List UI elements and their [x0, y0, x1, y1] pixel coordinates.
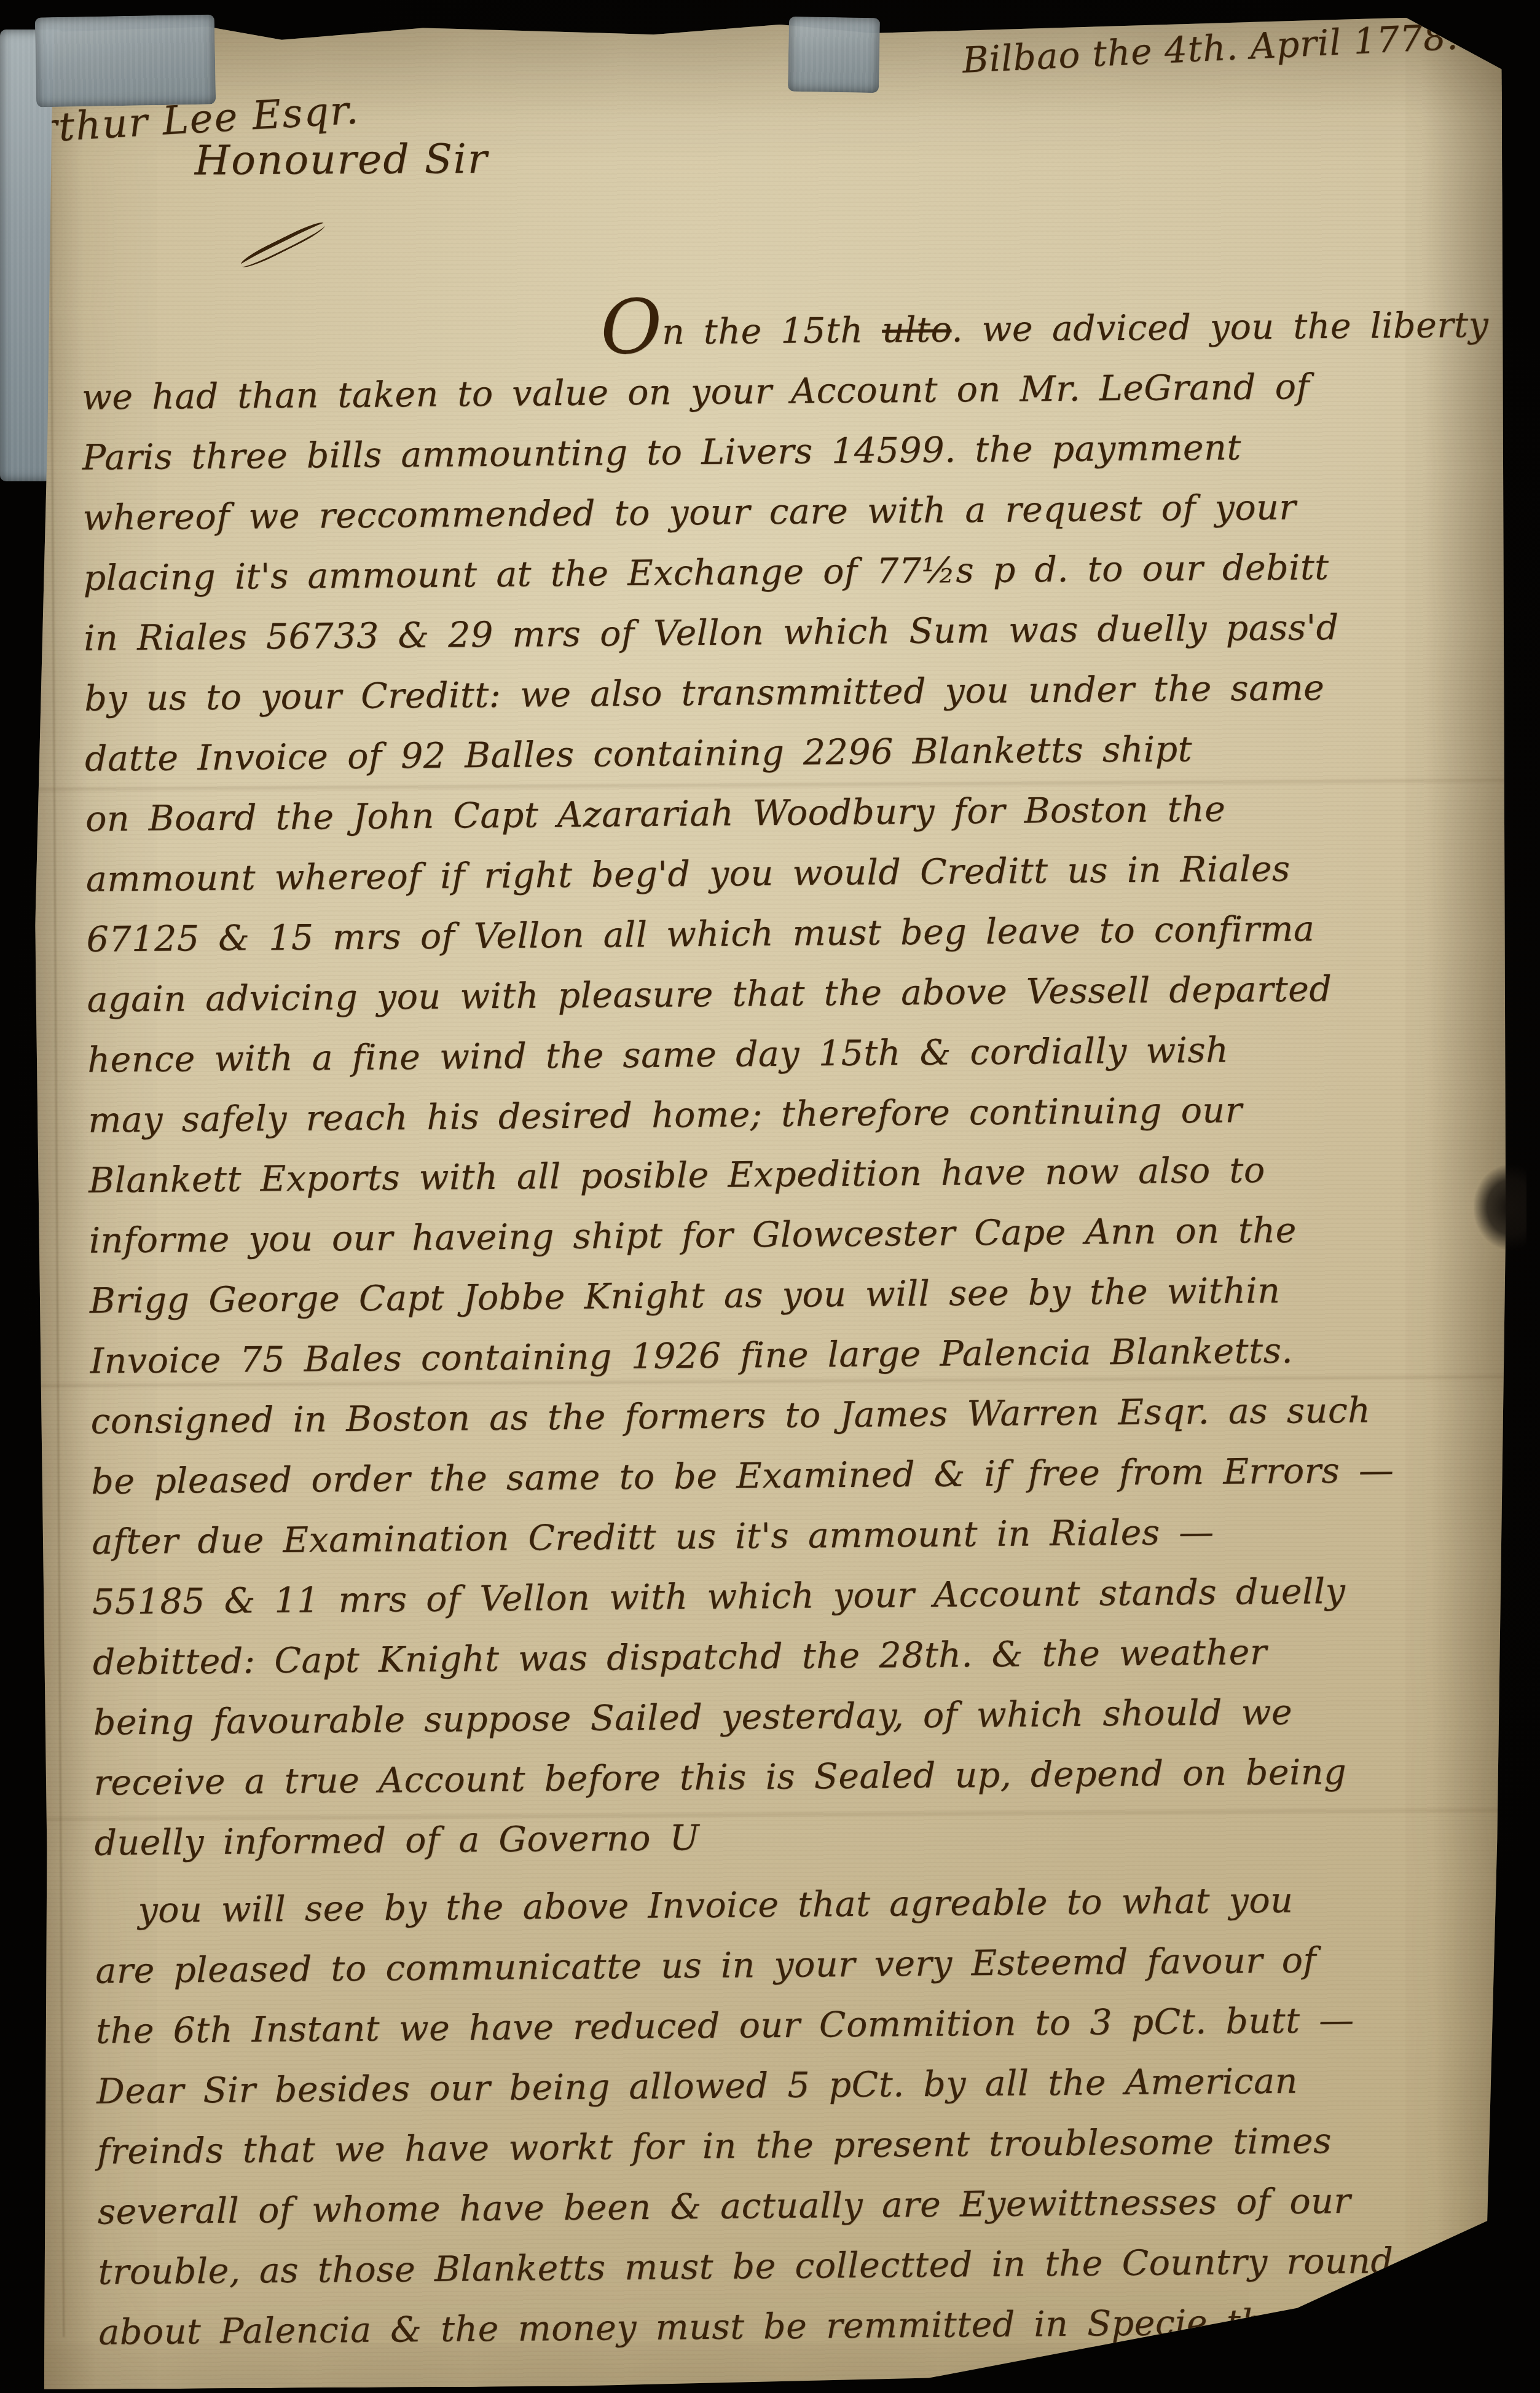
manuscript-line: we had than taken to value on your Accou…	[82, 355, 1465, 428]
ornate-initial: O	[600, 283, 662, 371]
salutation: Honoured Sir	[194, 135, 488, 184]
manuscript-line: receive a true Account before this is Se…	[93, 1741, 1477, 1813]
pen-flourish	[239, 219, 328, 271]
manuscript-line: about Palencia & the money must be remmi…	[98, 2290, 1482, 2363]
manuscript-photo: Arthur Lee Esqr. Bilbao the 4th. April 1…	[0, 0, 1540, 2393]
struck-word: ulto	[882, 309, 952, 350]
ink-blot	[1474, 1165, 1526, 1250]
line-text: n the 15th	[662, 310, 882, 352]
manuscript-line: duelly informed of a Governo U	[94, 1801, 1477, 1874]
letter-body: On the 15th ulto. we adviced you the lib…	[81, 295, 1482, 2363]
line-text: . we adviced you the liberty	[951, 305, 1488, 350]
manuscript-line: again advicing you with pleasure that th…	[87, 958, 1470, 1030]
tape-patch-top-middle	[788, 17, 880, 93]
manuscript-line: 55185 & 11 mrs of Vellon with which your…	[92, 1560, 1475, 1633]
second-paragraph: you will see by the above Invoice that a…	[95, 1869, 1482, 2363]
manuscript-line: be pleased order the same to be Examined…	[91, 1440, 1474, 1512]
manuscript-line: by us to your Creditt: we also transmmit…	[84, 656, 1467, 729]
paper-edge-shadow	[49, 124, 65, 2337]
letter-paper: Arthur Lee Esqr. Bilbao the 4th. April 1…	[26, 17, 1515, 2390]
tape-patch-top-left	[35, 14, 216, 107]
dateline: Bilbao the 4th. April 1778.	[961, 15, 1459, 81]
